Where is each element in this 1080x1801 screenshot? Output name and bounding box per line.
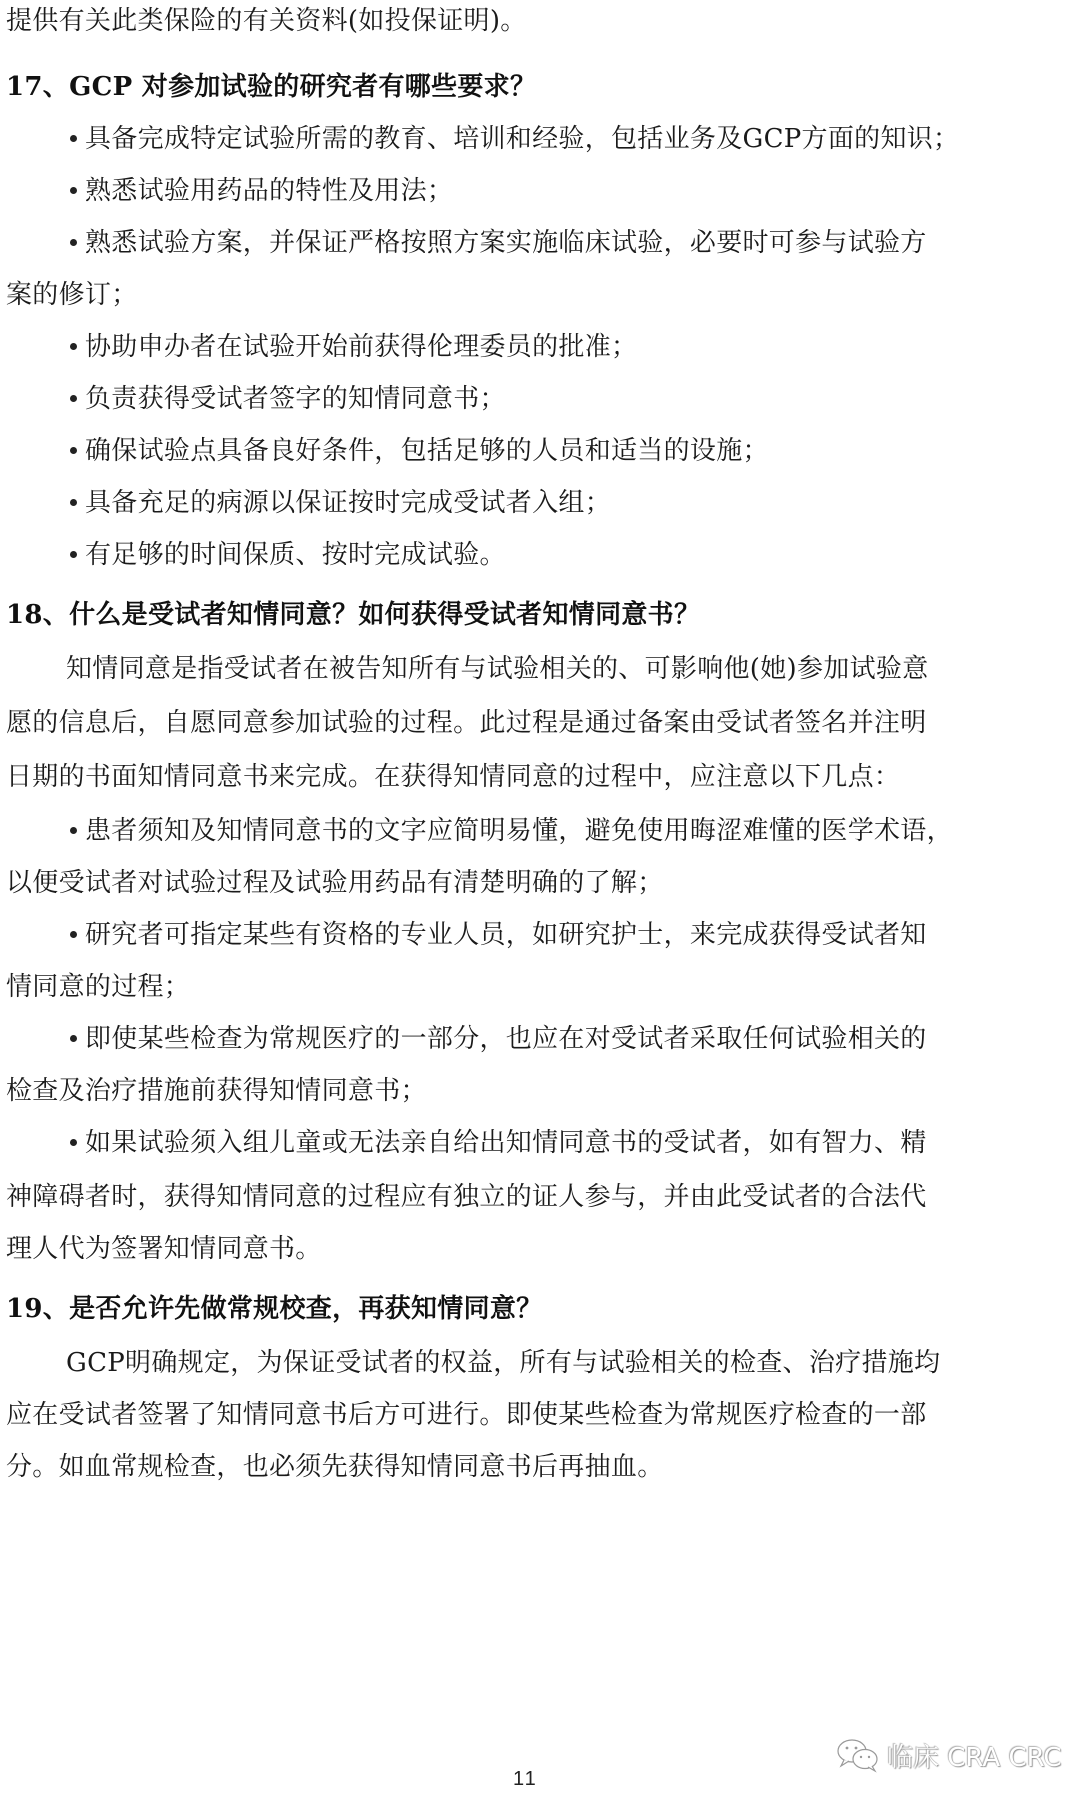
section-18-bullet: 研究者可指定某些有资格的专业人员，如研究护士，来完成获得受试者知: [70, 918, 927, 952]
section-17-bullet: 有足够的时间保质、按时完成试验。: [70, 538, 506, 572]
section-17-bullet: 负责获得受试者签字的知情同意书；: [70, 382, 506, 416]
section-18-paragraph-line: 日期的书面知情同意书来完成。在获得知情同意的过程中，应注意以下几点：: [6, 760, 900, 794]
bullet-icon: [70, 1035, 77, 1042]
bullet-icon: [70, 1139, 77, 1146]
page-number: 11: [513, 1768, 538, 1791]
section-18-heading: 18、什么是受试者知情同意？如何获得受试者知情同意书？: [6, 598, 700, 632]
intro-line: 提供有关此类保险的有关资料(如投保证明)。: [6, 4, 527, 38]
bullet-icon: [70, 447, 77, 454]
document-page: 提供有关此类保险的有关资料(如投保证明)。 17、GCP 对参加试验的研究者有哪…: [0, 0, 1080, 1801]
section-18-bullet-continuation: 以便受试者对试验过程及试验用药品有清楚明确的了解；: [6, 866, 664, 900]
section-17-bullet: 确保试验点具备良好条件，包括足够的人员和适当的设施；: [70, 434, 769, 468]
bullet-icon: [70, 135, 77, 142]
watermark-text: 临床 CRA CRC: [887, 1737, 1062, 1774]
bullet-icon: [70, 395, 77, 402]
bullet-icon: [70, 827, 77, 834]
section-18-bullet-continuation: 检查及治疗措施前获得知情同意书；: [6, 1074, 427, 1108]
section-17-bullet-continuation: 案的修订；: [6, 278, 138, 312]
bullet-icon: [70, 551, 77, 558]
section-18-bullet: 患者须知及知情同意书的文字应简明易懂，避免使用晦涩难懂的医学术语，: [70, 814, 953, 848]
wechat-icon: [835, 1737, 881, 1773]
section-19-paragraph-line: GCP明确规定，为保证受试者的权益，所有与试验相关的检查、治疗措施均: [66, 1346, 940, 1380]
section-17-bullet: 协助申办者在试验开始前获得伦理委员的批准；: [70, 330, 637, 364]
section-18-bullet-continuation: 理人代为签署知情同意书。: [6, 1232, 322, 1266]
section-17-bullet: 具备完成特定试验所需的教育、培训和经验，包括业务及GCP方面的知识；: [70, 122, 959, 156]
section-17-bullet: 熟悉试验用药品的特性及用法；: [70, 174, 453, 208]
section-18-bullet-continuation: 情同意的过程；: [6, 970, 190, 1004]
section-18-bullet: 如果试验须入组儿童或无法亲自给出知情同意书的受试者，如有智力、精: [70, 1126, 927, 1160]
section-17-bullet: 具备充足的病源以保证按时完成受试者入组；: [70, 486, 611, 520]
section-19-heading: 19、是否允许先做常规校查，再获知情同意？: [6, 1292, 542, 1326]
bullet-icon: [70, 187, 77, 194]
section-18-bullet: 即使某些检查为常规医疗的一部分，也应在对受试者采取任何试验相关的: [70, 1022, 927, 1056]
bullet-icon: [70, 239, 77, 246]
section-17-heading: 17、GCP 对参加试验的研究者有哪些要求？: [6, 70, 536, 104]
section-18-paragraph-line: 愿的信息后，自愿同意参加试验的过程。此过程是通过备案由受试者签名并注明: [6, 706, 927, 740]
section-18-paragraph-line: 知情同意是指受试者在被告知所有与试验相关的、可影响他(她)参加试验意: [66, 652, 929, 686]
bullet-icon: [70, 931, 77, 938]
section-19-paragraph-line: 应在受试者签署了知情同意书后方可进行。即使某些检查为常规医疗检查的一部: [6, 1398, 927, 1432]
bullet-icon: [70, 343, 77, 350]
watermark: 临床 CRA CRC: [835, 1738, 1062, 1772]
section-19-paragraph-line: 分。如血常规检查，也必须先获得知情同意书后再抽血。: [6, 1450, 664, 1484]
bullet-icon: [70, 499, 77, 506]
section-17-bullet: 熟悉试验方案，并保证严格按照方案实施临床试验，必要时可参与试验方: [70, 226, 927, 260]
section-18-bullet-continuation: 神障碍者时，获得知情同意的过程应有独立的证人参与，并由此受试者的合法代: [6, 1180, 927, 1214]
